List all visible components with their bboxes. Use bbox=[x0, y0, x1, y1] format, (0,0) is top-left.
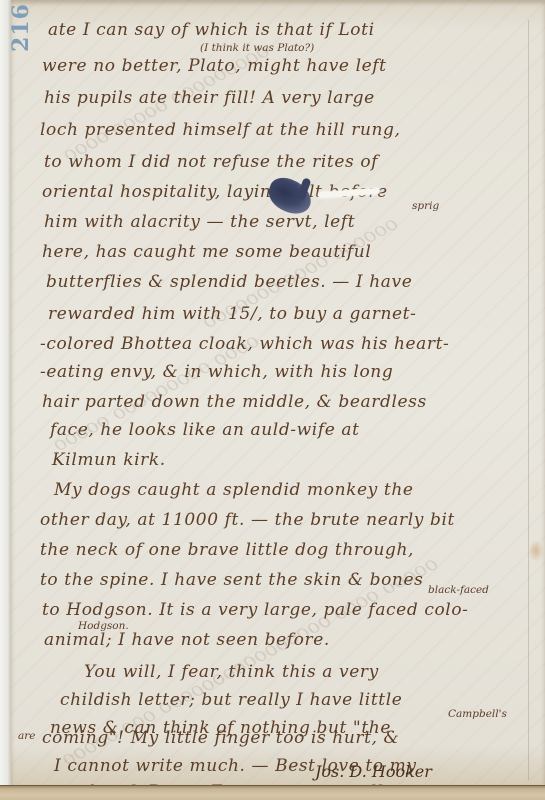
manuscript-line: his pupils ate their fill! A very large bbox=[44, 88, 375, 108]
interlinear-insertion: are bbox=[18, 730, 36, 742]
page-margin-line bbox=[528, 20, 529, 780]
manuscript-line: animal; I have not seen before. bbox=[44, 630, 330, 650]
manuscript-line: to the spine. I have sent the skin & bon… bbox=[40, 570, 423, 590]
folio-number: 216 bbox=[8, 3, 34, 52]
manuscript-line: him with alacrity — the servt, left bbox=[44, 212, 355, 232]
manuscript-line: the neck of one brave little dog through… bbox=[40, 540, 414, 560]
signature: Jos. D. Hooker bbox=[315, 762, 432, 781]
interlinear-insertion: (I think it was Plato?) bbox=[200, 42, 314, 54]
manuscript-line: coming"! My little finger too is hurt, & bbox=[42, 728, 399, 748]
manuscript-line: rewarded him with 15/, to buy a garnet- bbox=[48, 304, 416, 324]
manuscript-line: to whom I did not refuse the rites of bbox=[44, 152, 378, 172]
manuscript-line: -colored Bhottea cloak, which was his he… bbox=[40, 334, 449, 354]
manuscript-line: childish letter; but really I have littl… bbox=[60, 690, 402, 710]
manuscript-line: You will, I fear, think this a very bbox=[84, 662, 379, 682]
manuscript-line: My dogs caught a splendid monkey the bbox=[54, 480, 414, 500]
interlinear-insertion: sprig bbox=[412, 200, 439, 212]
manuscript-line: here, has caught me some beautiful bbox=[42, 242, 371, 262]
manuscript-line: to Hodgson. It is a very large, pale fac… bbox=[42, 600, 469, 620]
manuscript-line: Kilmun kirk. bbox=[52, 450, 166, 470]
interlinear-insertion: Campbell's bbox=[448, 708, 507, 720]
manuscript-line: hair parted down the middle, & beardless bbox=[42, 392, 427, 412]
manuscript-line: loch presented himself at the hill rung, bbox=[40, 120, 401, 140]
manuscript-line-text: ate I can say of which is that if Loti bbox=[48, 20, 375, 40]
manuscript-line: butterflies & splendid beetles. — I have bbox=[46, 272, 412, 292]
page-bottom-edge bbox=[0, 785, 545, 800]
foxing-stain bbox=[528, 540, 544, 562]
interlinear-insertion: black-faced bbox=[428, 584, 489, 596]
manuscript-line: other day, at 11000 ft. — the brute near… bbox=[40, 510, 455, 530]
manuscript-line: were no better, Plato, might have left bbox=[42, 56, 387, 76]
manuscript-line: -eating envy, & in which, with his long bbox=[40, 362, 393, 382]
manuscript-line: ate I can say of which is that if Loti bbox=[48, 20, 375, 40]
manuscript-line: face, he looks like an auld-wife at bbox=[50, 420, 360, 440]
binding-strip bbox=[0, 0, 11, 800]
